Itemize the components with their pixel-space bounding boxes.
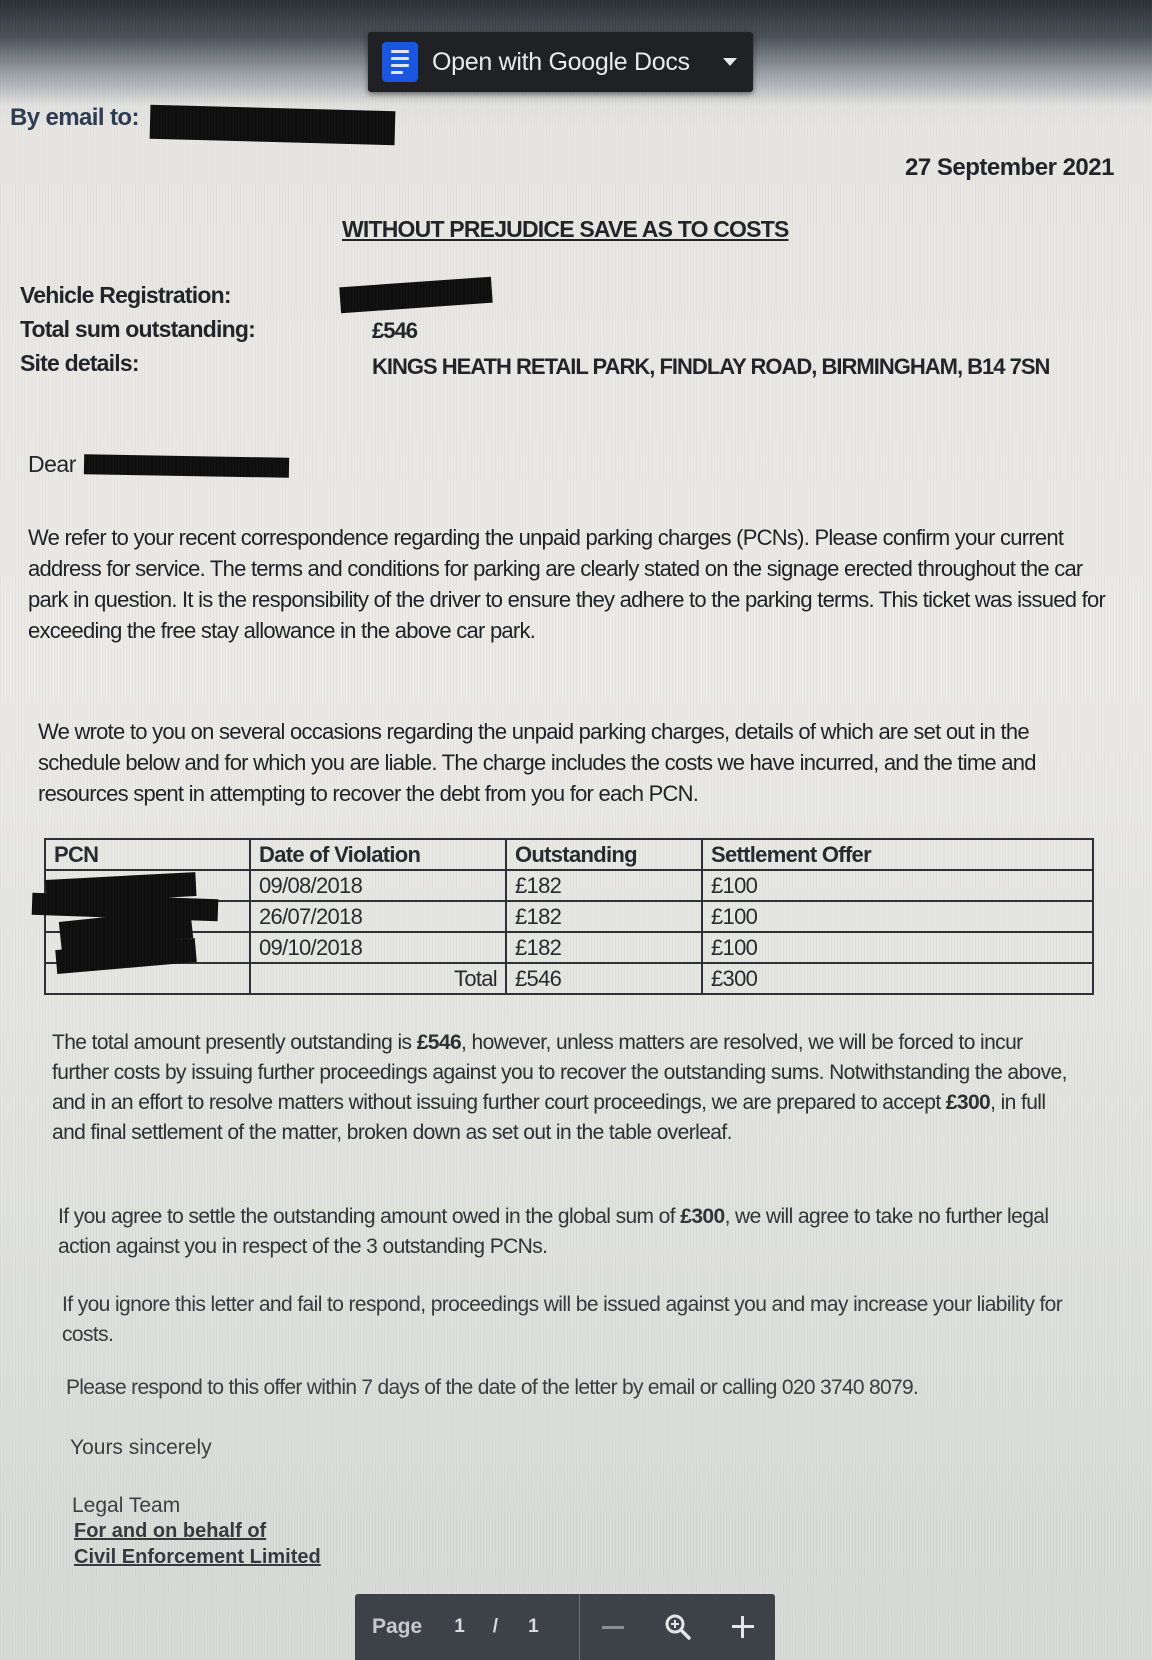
table-row: 09/10/2018 £182 £100 <box>45 932 1093 963</box>
chevron-down-icon[interactable] <box>723 58 737 66</box>
outstanding-cell: £182 <box>506 901 702 932</box>
outstanding-cell: £182 <box>506 932 702 963</box>
page-label: Page <box>372 1615 422 1639</box>
header-pcn: PCN <box>45 839 250 870</box>
header-date: Date of Violation <box>250 839 506 870</box>
table-row: 09/08/2018 £182 £100 <box>45 870 1093 901</box>
offer-cell: £100 <box>702 870 1093 901</box>
closing: Yours sincerely <box>70 1436 212 1460</box>
letter-date: 27 September 2021 <box>905 154 1114 182</box>
minus-icon <box>602 1626 624 1629</box>
by-email-label: By email to: <box>10 104 139 132</box>
zoom-in-button[interactable] <box>725 1609 761 1645</box>
letter-heading: WITHOUT PREJUDICE SAVE AS TO COSTS <box>342 216 788 243</box>
date-cell: 26/07/2018 <box>250 901 506 932</box>
site-details-value: KINGS HEATH RETAIL PARK, FINDLAY ROAD, B… <box>372 354 1049 380</box>
redacted-email <box>150 105 396 145</box>
date-cell: 09/10/2018 <box>250 932 506 963</box>
header-outstanding: Outstanding <box>506 839 702 870</box>
date-cell: 09/08/2018 <box>250 870 506 901</box>
paragraph-agreement: If you agree to settle the outstanding a… <box>58 1202 1088 1262</box>
header-settlement-offer: Settlement Offer <box>702 839 1093 870</box>
outstanding-cell: £182 <box>506 870 702 901</box>
site-details-label: Site details: <box>20 350 139 377</box>
p3-amount-outstanding: £546 <box>417 1031 461 1054</box>
company-name: Civil Enforcement Limited <box>74 1546 321 1569</box>
magnifier-icon <box>663 1612 693 1642</box>
letter-document: By email to: 27 September 2021 WITHOUT P… <box>0 0 1152 1660</box>
redacted-recipient-name <box>84 454 289 478</box>
total-outstanding-cell: £546 <box>506 963 702 994</box>
google-docs-icon <box>382 42 418 82</box>
total-outstanding-value: £546 <box>372 318 417 344</box>
total-outstanding-label: Total sum outstanding: <box>20 316 255 343</box>
paragraph-correspondence: We refer to your recent correspondence r… <box>28 522 1108 646</box>
offer-cell: £100 <box>702 932 1093 963</box>
salutation: Dear <box>28 451 76 478</box>
page-separator: / <box>493 1616 498 1638</box>
paragraph-warning: If you ignore this letter and fail to re… <box>62 1290 1092 1350</box>
signatory: Legal Team <box>72 1494 180 1518</box>
zoom-fit-button[interactable] <box>660 1609 696 1645</box>
zoom-out-button[interactable] <box>595 1609 631 1645</box>
total-pages: 1 <box>528 1616 539 1638</box>
offer-cell: £100 <box>702 901 1093 932</box>
redacted-registration <box>339 277 492 314</box>
paragraph-settlement-offer: The total amount presently outstanding i… <box>52 1028 1082 1148</box>
table-total-row: Total £546 £300 <box>45 963 1093 994</box>
p4-amount: £300 <box>680 1205 724 1228</box>
pdf-pager-toolbar: Page 1 / 1 <box>355 1594 775 1660</box>
total-label: Total <box>250 963 506 994</box>
open-with-label: Open with Google Docs <box>432 48 690 77</box>
table-header-row: PCN Date of Violation Outstanding Settle… <box>45 839 1093 870</box>
paragraph-schedule-intro: We wrote to you on several occasions reg… <box>38 716 1113 809</box>
p4-text-a: If you agree to settle the outstanding a… <box>58 1205 680 1228</box>
p3-amount-offer: £300 <box>946 1091 990 1114</box>
on-behalf-of: For and on behalf of <box>74 1520 266 1543</box>
p3-text-a: The total amount presently outstanding i… <box>52 1031 417 1054</box>
paragraph-respond: Please respond to this offer within 7 da… <box>66 1372 1126 1403</box>
plus-icon <box>732 1616 754 1638</box>
page-indicator: Page 1 / 1 <box>355 1594 580 1660</box>
zoom-controls <box>580 1594 775 1660</box>
vehicle-registration-label: Vehicle Registration: <box>20 282 231 309</box>
current-page-input[interactable]: 1 <box>454 1616 465 1638</box>
total-offer-cell: £300 <box>702 963 1093 994</box>
open-with-google-docs-button[interactable]: Open with Google Docs <box>368 32 753 92</box>
